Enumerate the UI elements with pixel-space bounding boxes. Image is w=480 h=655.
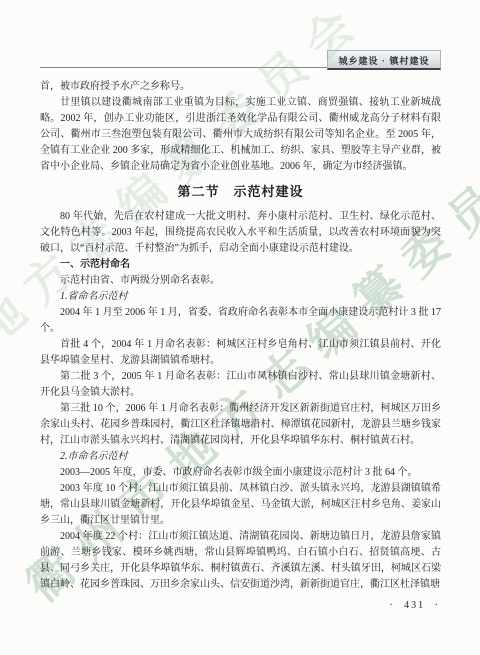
chapter-header-tab: 城乡建设 · 镇村建设 — [327, 50, 441, 70]
paragraph-2004-villages: 2004 年度 22 个村：江山市须江镇达道、清湖镇花园岗、新塘边镇日月，龙游县… — [40, 529, 441, 593]
page-number: · 431 · — [389, 600, 440, 611]
paragraph-city-total: 2003—2005 年度，市委、市政府命名表彰市级全面小康建设示范村计 3 批 … — [40, 465, 441, 481]
paragraph-third-batch: 第三批 10 个，2006 年 1 月命名表彰：衢州经济开发区新新街道官庄村，柯… — [40, 401, 441, 449]
paragraph-naming-levels: 示范村由省、市两级分别命名表彰。 — [40, 273, 441, 289]
subheading-city-named-villages: 2.市命名示范村 — [40, 449, 441, 465]
subheading-demonstration-village-naming: 一、示范村命名 — [40, 257, 441, 273]
section-heading: 第二节 示范村建设 — [40, 184, 441, 200]
paragraph-carryover: 首，被市政府授予水产之乡称号。 — [40, 79, 441, 95]
paragraph-province-total: 2004 年 1 月至 2006 年 1 月，省委、省政府命名表彰本市全面小康建… — [40, 305, 441, 337]
subheading-province-named-villages: 1.省命名示范村 — [40, 289, 441, 305]
page-body: 首，被市政府授予水产之乡称号。 廿里镇以建设衢城南部工业重镇为目标，实施工业立镇… — [40, 79, 441, 593]
paragraph-intro: 80 年代始，先后在农村建成一大批文明村、奔小康村示范村、卫生村、绿化示范村、文… — [40, 209, 441, 257]
paragraph-ganli-town: 廿里镇以建设衢城南部工业重镇为目标，实施工业立镇、商贸强镇、接轨工业新城战略。2… — [40, 95, 441, 175]
paragraph-first-batch: 首批 4 个，2004 年 1 月命名表彰：柯城区汪村乡皂角村、江山市须江镇县前… — [40, 337, 441, 369]
paragraph-second-batch: 第二批 3 个，2005 年 1 月命名表彰：江山市凤林镇白沙村、常山县球川镇金… — [40, 369, 441, 401]
paragraph-2003-villages: 2003 年度 10 个村：江山市须江镇县前、凤林镇白沙、淤头镇永兴坞，龙游县湖… — [40, 481, 441, 529]
book-page: 衢州市地方志编纂委员会 衢州市地方志编纂委员会 城乡建设 · 镇村建设 首，被市… — [0, 0, 480, 655]
